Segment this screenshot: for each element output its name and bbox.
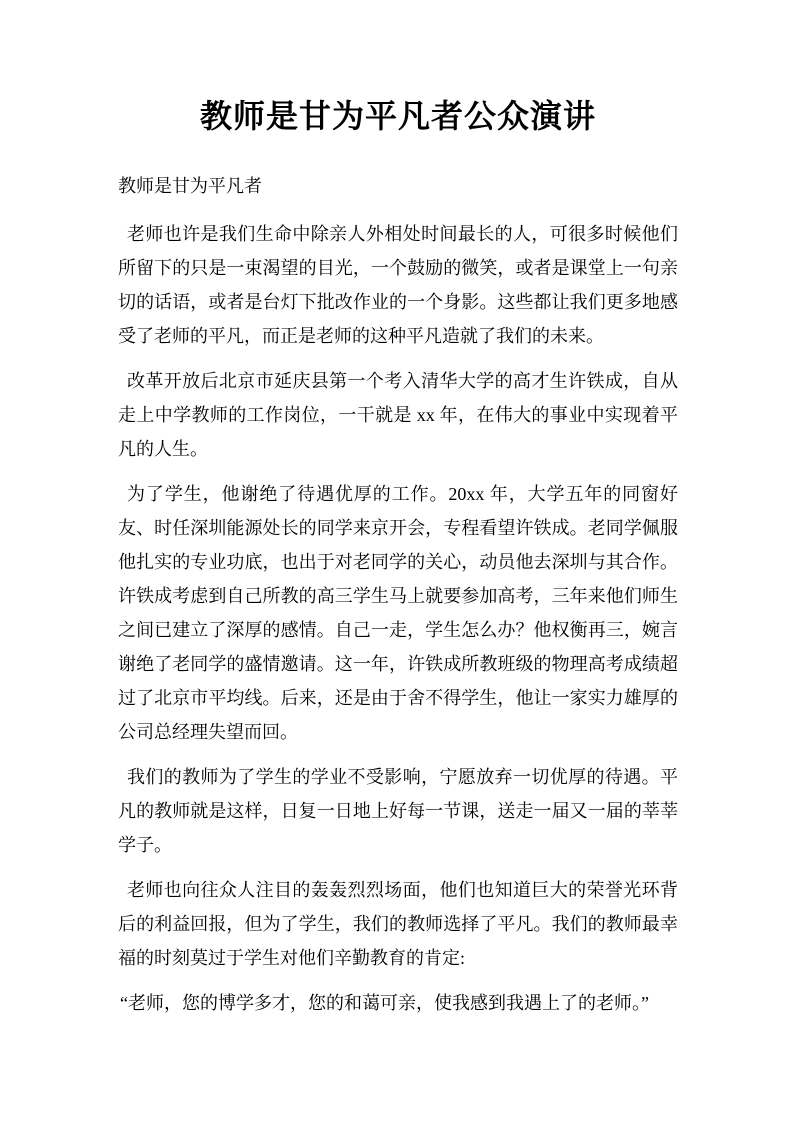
document-page: 教师是甘为平凡者公众演讲 教师是甘为平凡者 老师也许是我们生命中除亲人外相处时间… <box>0 0 793 1122</box>
paragraph-quote: “老师，您的博学多才，您的和蔼可亲，使我感到我遇上了的老师。” <box>118 986 678 1020</box>
paragraph-5: 老师也向往众人注目的轰轰烈烈场面，他们也知道巨大的荣誉光环背后的利益回报，但为了… <box>118 873 678 975</box>
document-subtitle: 教师是甘为平凡者 <box>118 169 678 203</box>
paragraph-3: 为了学生，他谢绝了待遇优厚的工作。20xx 年，大学五年的同窗好友、时任深圳能源… <box>118 477 678 749</box>
paragraph-4: 我们的教师为了学生的学业不受影响，宁愿放弃一切优厚的待遇。平凡的教师就是这样，日… <box>118 760 678 862</box>
document-title: 教师是甘为平凡者公众演讲 <box>118 96 678 136</box>
paragraph-1: 老师也许是我们生命中除亲人外相处时间最长的人，可很多时候他们所留下的只是一束渴望… <box>118 217 678 353</box>
paragraph-2: 改革开放后北京市延庆县第一个考入清华大学的高才生许铁成，自从走上中学教师的工作岗… <box>118 364 678 466</box>
